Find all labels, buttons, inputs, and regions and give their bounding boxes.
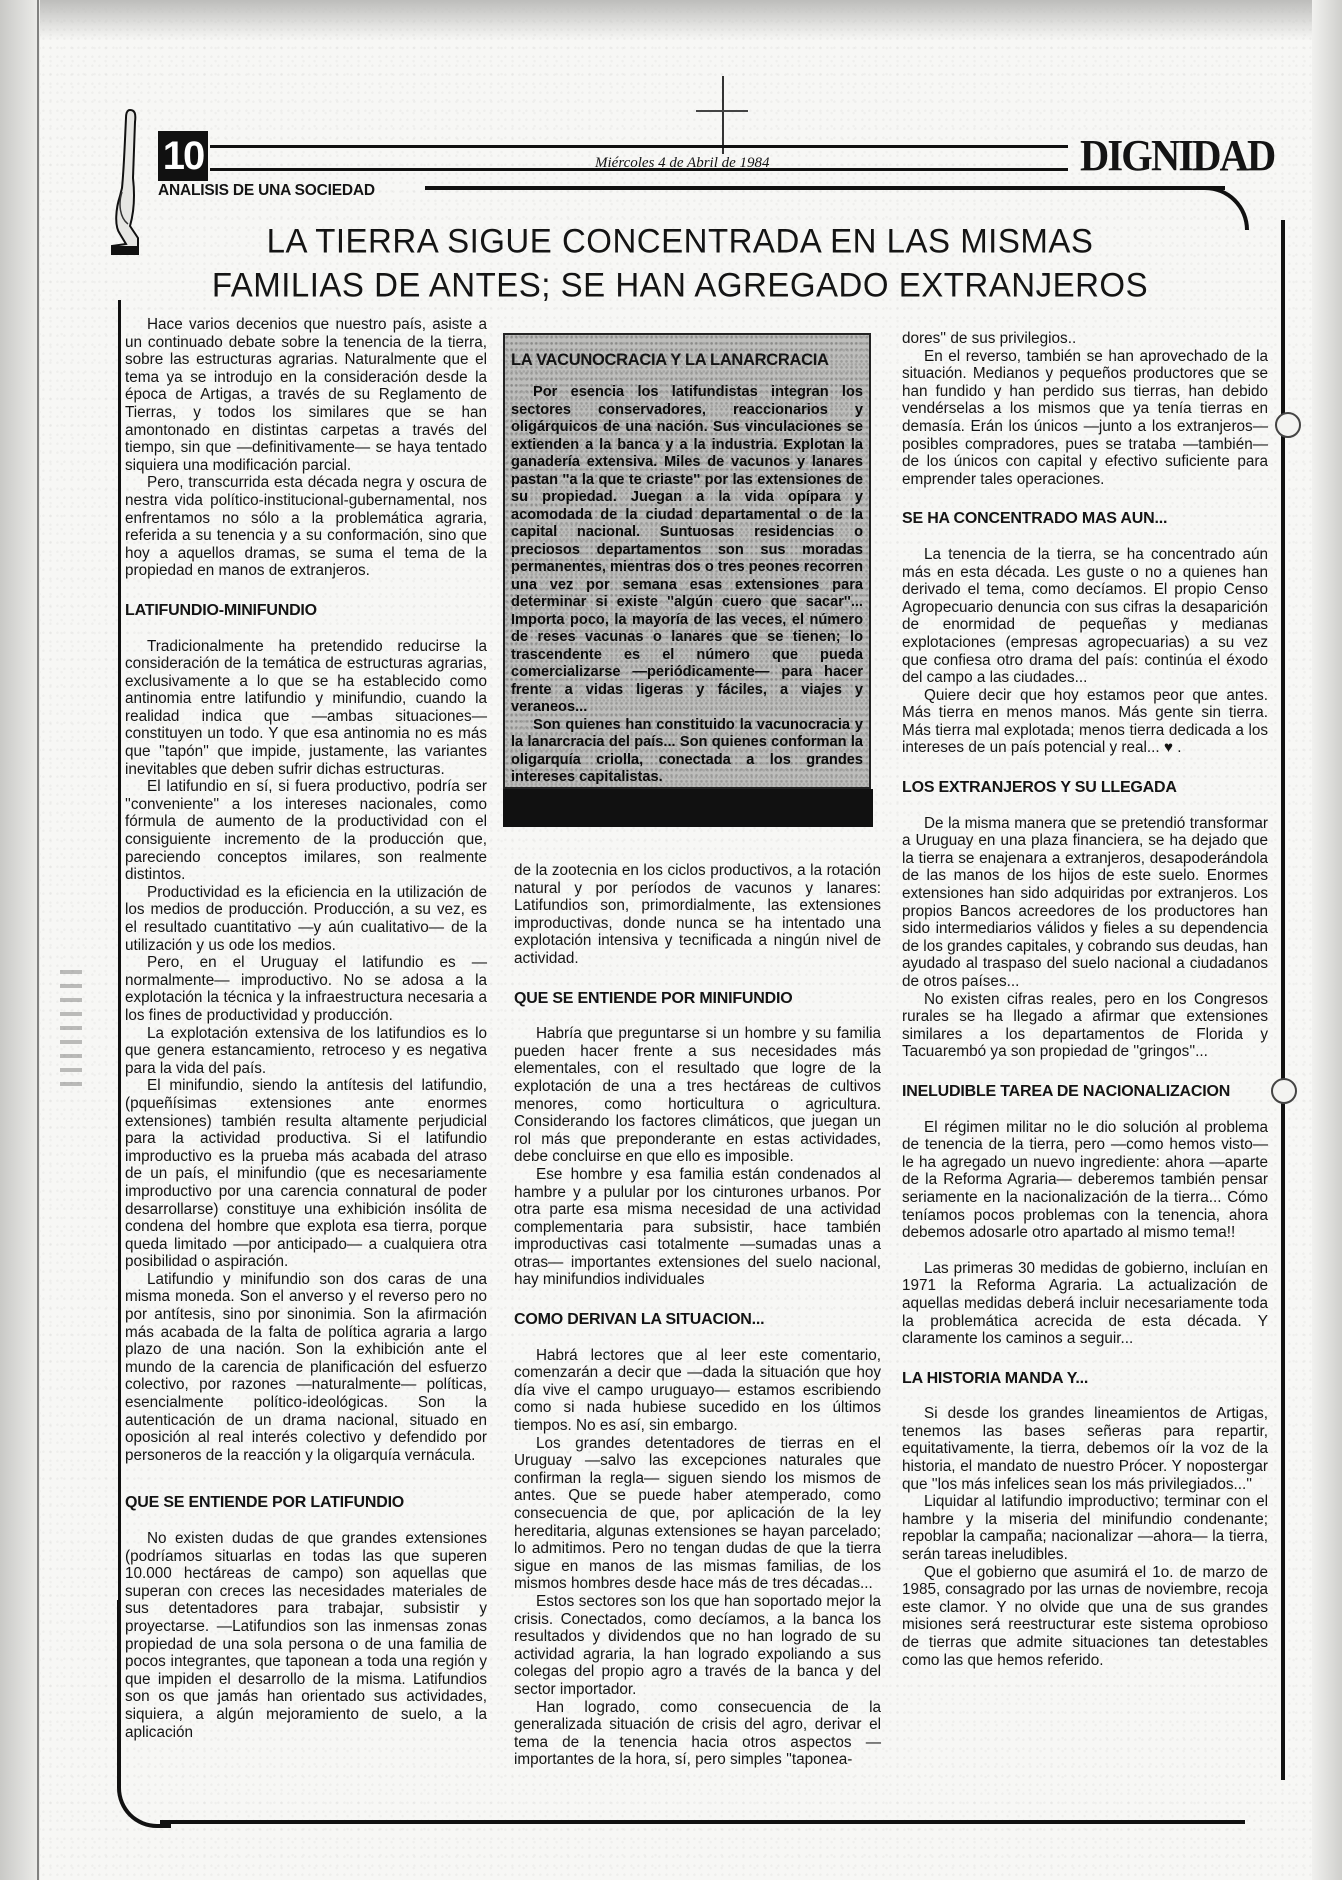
paragraph: De la misma manera que se pretendió tran… — [902, 815, 1268, 991]
newspaper-page: 10 Miércoles 4 de Abril de 1984 DIGNIDAD… — [0, 0, 1342, 1880]
column-3: dores'' de sus privilegios.. En el rever… — [902, 330, 1268, 1669]
scan-fold-line — [37, 0, 39, 1880]
binding-hole — [1271, 1078, 1297, 1104]
issue-date: Miércoles 4 de Abril de 1984 — [595, 155, 770, 172]
masthead: DIGNIDAD — [1080, 130, 1274, 181]
paragraph: Las primeras 30 medidas de gobierno, inc… — [902, 1260, 1268, 1348]
paragraph: Son quienes han constituido la vacunocra… — [511, 717, 863, 787]
paragraph: Habrá lectores que al leer este comentar… — [514, 1347, 881, 1435]
paragraph: Ese hombre y esa familia están condenado… — [514, 1166, 881, 1289]
ink-smudge — [60, 970, 82, 1090]
paragraph: No existen dudas de que grandes extensio… — [125, 1530, 487, 1741]
boxed-sidebar: LA VACUNOCRACIA Y LA LANARCRACIA Por ese… — [503, 333, 871, 789]
header-rule-top — [210, 145, 1068, 148]
paragraph: Han logrado, como consecuencia de la gen… — [514, 1699, 881, 1769]
registration-mark-horizontal — [696, 110, 748, 112]
paragraph: Tradicionalmente ha pretendido reducirse… — [125, 638, 487, 779]
paragraph: Productividad es la eficiencia en la uti… — [125, 884, 487, 954]
paragraph: Si desde los grandes lineamientos de Art… — [902, 1405, 1268, 1493]
binding-hole — [1275, 412, 1301, 438]
headline-line-1: LA TIERRA SIGUE CONCENTRADA EN LAS MISMA… — [150, 221, 1210, 261]
paragraph: Latifundio y minifundio son dos caras de… — [125, 1271, 487, 1465]
article-frame-bottom — [160, 1820, 1245, 1824]
paragraph: Que el gobierno que asumirá el 1o. de ma… — [902, 1564, 1268, 1670]
column-2: de la zootecnia en los ciclos productivo… — [514, 862, 881, 1769]
subheading: LATIFUNDIO-MINIFUNDIO — [125, 602, 487, 620]
paragraph: No existen cifras reales, pero en los Co… — [902, 991, 1268, 1061]
scan-edge-top — [0, 0, 1342, 40]
sidebar-shadow-bar — [503, 789, 873, 827]
scan-edge-right — [1312, 0, 1342, 1880]
headline-line-2: FAMILIAS DE ANTES; SE HAN AGREGADO EXTRA… — [150, 265, 1210, 305]
subheading: QUE SE ENTIENDE POR LATIFUNDIO — [125, 1494, 487, 1512]
article-frame-left — [118, 300, 121, 1610]
paragraph: Los grandes detentadores de tierras en e… — [514, 1435, 881, 1593]
paragraph: El régimen militar no le dio solución al… — [902, 1119, 1268, 1242]
paragraph: En el reverso, también se han aprovechad… — [902, 348, 1268, 489]
paragraph: Por esencia los latifundistas integran l… — [511, 384, 863, 717]
pointing-hand-icon — [108, 108, 146, 256]
registration-mark — [722, 76, 724, 154]
paragraph: Pero, transcurrida esta década negra y o… — [125, 474, 487, 580]
paragraph: El minifundio, siendo la antítesis del l… — [125, 1077, 487, 1271]
subheading: COMO DERIVAN LA SITUACION... — [514, 1311, 881, 1329]
paragraph: de la zootecnia en los ciclos productivo… — [514, 862, 881, 968]
subheading: LA HISTORIA MANDA Y... — [902, 1370, 1268, 1388]
sidebar-heading: LA VACUNOCRACIA Y LA LANARCRACIA — [511, 351, 863, 370]
paragraph: Pero, en el Uruguay el latifundio es —no… — [125, 954, 487, 1024]
article-frame-right — [1281, 220, 1285, 1780]
subheading: INELUDIBLE TAREA DE NACIONALIZACION — [902, 1083, 1268, 1101]
paragraph: Quiere decir que hoy estamos peor que an… — [902, 687, 1268, 757]
paragraph: La explotación extensiva de los latifund… — [125, 1025, 487, 1078]
paragraph: dores'' de sus privilegios.. — [902, 330, 1268, 348]
paragraph: Liquidar al latifundio improductivo; ter… — [902, 1493, 1268, 1563]
subheading: LOS EXTRANJEROS Y SU LLEGADA — [902, 779, 1268, 797]
subheading: SE HA CONCENTRADO MAS AUN... — [902, 510, 1268, 528]
subheading: QUE SE ENTIENDE POR MINIFUNDIO — [514, 990, 881, 1008]
column-1: Hace varios decenios que nuestro país, a… — [125, 316, 487, 1741]
paragraph: El latifundio en sí, si fuera productivo… — [125, 778, 487, 884]
paragraph: La tenencia de la tierra, se ha concentr… — [902, 546, 1268, 687]
paragraph: Estos sectores son los que han soportado… — [514, 1593, 881, 1699]
section-label: ANALISIS DE UNA SOCIEDAD — [158, 182, 375, 200]
paragraph: Hace varios decenios que nuestro país, a… — [125, 316, 487, 474]
paragraph: Habría que preguntarse si un hombre y su… — [514, 1025, 881, 1166]
page-number: 10 — [158, 131, 208, 181]
scan-edge-left — [0, 0, 40, 1880]
